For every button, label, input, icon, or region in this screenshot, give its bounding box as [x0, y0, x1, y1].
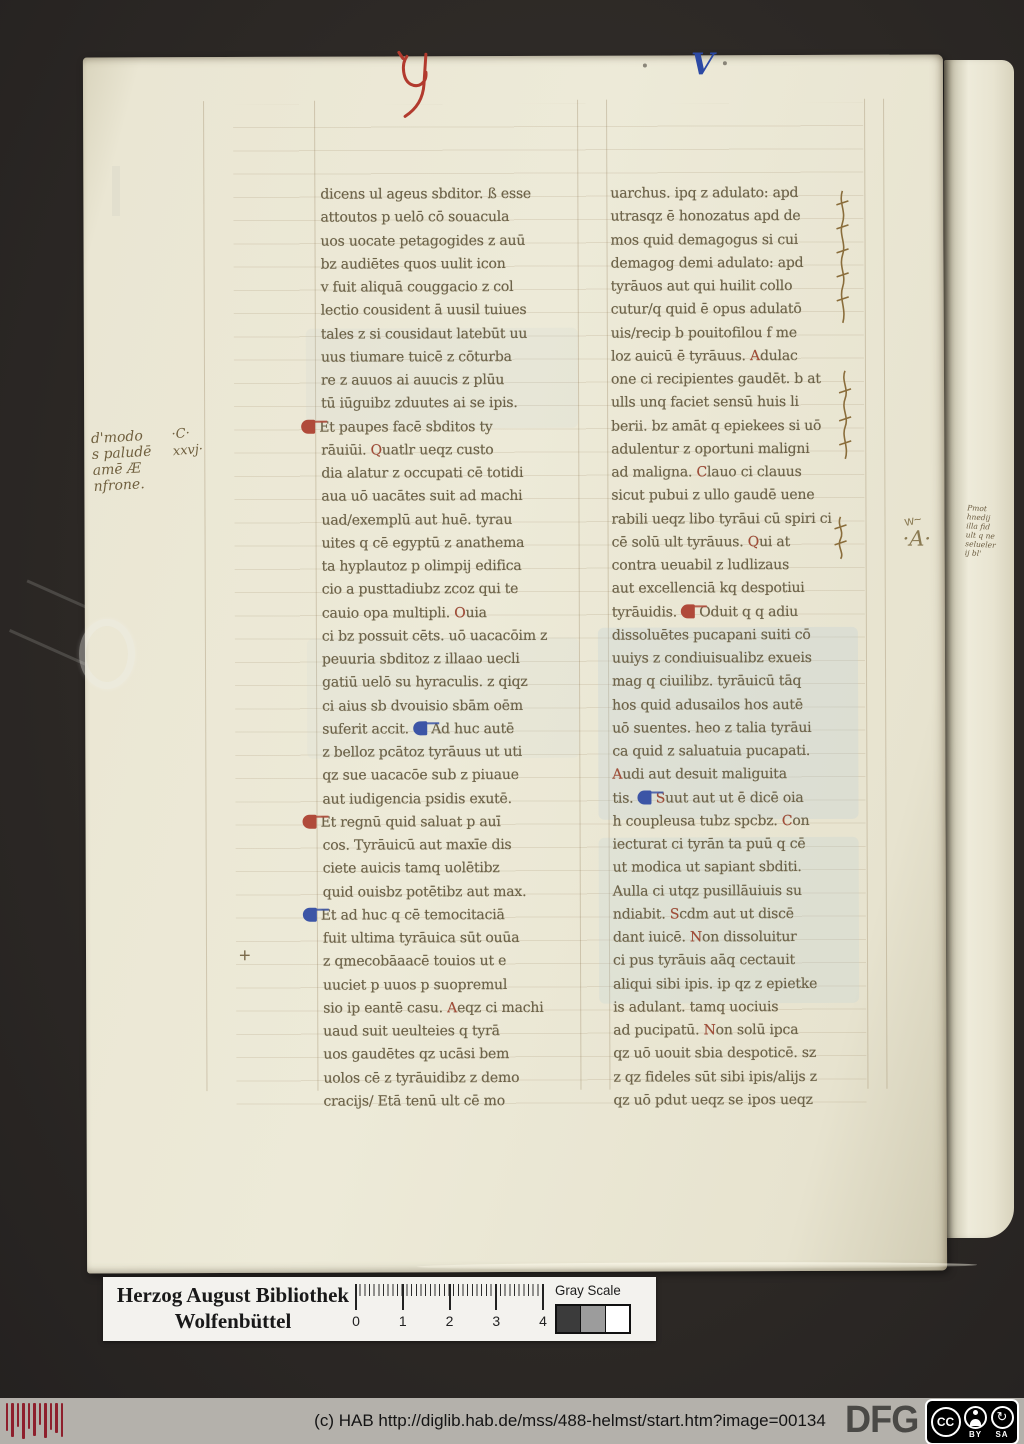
manuscript-line: ndiabit. Scdm aut ut discē — [613, 902, 875, 926]
manuscript-line: suferit accit. Ad huc autē — [322, 718, 584, 742]
pilcrow-blue — [638, 790, 652, 804]
manuscript-text: adulentur z oportuni maligni — [611, 441, 809, 458]
calibration-bar — [28, 1403, 30, 1429]
manuscript-line: dicens ul ageus sbditor. ß esse — [320, 183, 582, 207]
manuscript-text: qz uō uouit sbia despoticē. sz — [613, 1045, 816, 1062]
manuscript-text: ca quid z saluatuia pucapati. — [612, 743, 810, 760]
manuscript-line: ut modica ut sapiant sbditi. — [613, 856, 875, 880]
manuscript-line: ci bz possuit cēts. uō uacacōim z — [322, 625, 584, 649]
manuscript-line: Aulla ci utqz pusillāuiuis su — [613, 879, 875, 903]
dfg-logo: DFG — [845, 1399, 918, 1442]
manuscript-text: ui at — [759, 534, 790, 550]
ruler-tick — [495, 1284, 497, 1310]
manuscript-text: dia alatur z occupati cē totidi — [321, 465, 523, 482]
next-page-notes: Pmothnedijilla fidult q neseluelerij bl' — [965, 503, 998, 559]
manuscript-line: cauio opa multipli. Ouia — [322, 601, 584, 625]
calibration-bar — [33, 1403, 36, 1436]
manuscript-line: Et paupes facē sbditos ty — [321, 415, 583, 439]
manuscript-line: aliqui sibi ipis. ip qz z epietke — [613, 972, 875, 996]
manuscript-line: tyrāuidis. Oduit q q adiu — [612, 600, 874, 624]
manuscript-line: is adulant. tamq uociuis — [613, 995, 875, 1019]
manuscript-text: tales z si cousidaut latebūt uu — [321, 325, 527, 342]
manuscript-text: ad pucipatū. — [613, 1022, 703, 1038]
manuscript-text: Q — [748, 534, 759, 550]
manuscript-text: Q — [371, 442, 382, 458]
manuscript-text: C — [696, 464, 707, 480]
calibration-bar — [55, 1403, 58, 1433]
manuscript-text: z qmecobāaacē touios ut e — [323, 953, 506, 970]
manuscript-text: ciete auicis tamq uolētibz — [323, 860, 500, 877]
manuscript-line: iecturat ci tyrān ta puū q cē — [613, 833, 875, 857]
ruler-tick — [449, 1284, 451, 1310]
manuscript-text: is adulant. tamq uociuis — [613, 999, 778, 1016]
margin-cross-mark: + — [239, 945, 251, 968]
manuscript-line: attoutos p uelō cō souacula — [320, 206, 582, 230]
manuscript-line: tales z si cousidaut latebūt uu — [321, 322, 583, 346]
manuscript-text: rāuiūi. — [321, 442, 370, 458]
blue-initial-letter: V — [691, 47, 714, 82]
manuscript-text: on solū ipca — [716, 1022, 799, 1038]
manuscript-text: on — [792, 813, 809, 829]
manuscript-text: utrasqz ē honozatus apd de — [610, 208, 800, 225]
manuscript-text: uuciet p uuos p suopremul — [323, 977, 507, 994]
manuscript-line: uolos cē z tyrāuidibz z demo — [323, 1066, 585, 1090]
manuscript-line: ca quid z saluatuia pucapati. — [612, 740, 874, 764]
manuscript-text: tyrāuos aut qui huilit collo — [611, 278, 793, 295]
manuscript-text: uuiys z condiuisualibz exueis — [612, 650, 812, 667]
page-bottom-edge — [417, 1261, 977, 1270]
manuscript-text: qz uō pdut ueqz se ipos ueqz — [613, 1092, 812, 1109]
manuscript-text: N — [704, 1022, 716, 1038]
manuscript-text: loz auicū ē tyrāuus. — [611, 348, 750, 364]
manuscript-line: re z auuos ai auucis z plūu — [321, 369, 583, 393]
manuscript-text: dant iuicē. — [613, 929, 690, 945]
manuscript-text: uia — [466, 605, 487, 621]
ruling-vertical — [203, 101, 207, 1091]
color-calibration-mark — [6, 1403, 63, 1441]
manuscript-line: fuit ultima tyrāuica sūt ouūa — [323, 927, 585, 951]
calibration-bar — [17, 1403, 19, 1427]
manuscript-line: h coupleusa tubz spcbz. Con — [613, 809, 875, 833]
pilcrow-red — [301, 419, 315, 433]
cc-by-person-icon — [964, 1406, 987, 1429]
manuscript-text: C — [782, 813, 793, 829]
calibration-bar — [50, 1403, 52, 1430]
manuscript-text: ulls unq faciet sensū huis li — [611, 394, 799, 411]
manuscript-line: qz uō pdut ueqz se ipos ueqz — [613, 1088, 875, 1112]
manuscript-text: peuuria sbditoz z illaao uecli — [322, 651, 520, 668]
cc-by-item: BY — [964, 1406, 987, 1439]
ruler-number: 4 — [536, 1313, 550, 1329]
manuscript-line: aut excellenciā kq despotiui — [612, 577, 874, 601]
manuscript-text: aliqui sibi ipis. ip qz z epietke — [613, 975, 817, 992]
pilcrow-blue — [303, 907, 317, 921]
grayscale-swatch — [580, 1306, 604, 1332]
manuscript-text: ci pus tyrāuis aāq cectauit — [613, 952, 795, 969]
manuscript-line: dia alatur z occupati cē totidi — [321, 462, 583, 486]
calibration-bar — [39, 1403, 41, 1425]
manuscript-line: adulentur z oportuni maligni — [611, 437, 873, 461]
margin-note-line: nfrone. — [93, 476, 153, 495]
manuscript-text: v fuit aliquā couggacio z col — [321, 279, 514, 296]
manuscript-line: aua uō uacātes suit ad machi — [321, 485, 583, 509]
manuscript-line: sicut pubui z ullo gaudē uene — [611, 484, 873, 508]
manuscript-text: mag q ciuilibz. tyrāuicū tāq — [612, 673, 801, 690]
manuscript-line: uad/exemplū aut huē. tyrau — [321, 508, 583, 532]
manuscript-line: uuiys z condiuisualibz exueis — [612, 647, 874, 671]
manuscript-text: qz sue uacacōe sub z piuaue — [322, 767, 518, 784]
scan-background: Pmothnedijilla fidult q neseluelerij bl'… — [0, 0, 1024, 1444]
manuscript-text: Aulla ci utqz pusillāuiuis su — [613, 883, 802, 900]
manuscript-line: cio a pusttadiubz zcoz qui te — [322, 578, 584, 602]
manuscript-text: quid ouisbz potētibz aut max. — [323, 883, 527, 900]
manuscript-text: ci bz possuit cēts. uō uacacōim z — [322, 628, 547, 645]
manuscript-line: rāuiūi. Quatlr ueqz custo — [321, 439, 583, 463]
grayscale-swatch — [605, 1306, 629, 1332]
manuscript-text: lectio cousident ā uusil tuiues — [321, 302, 527, 319]
grayscale-swatches — [555, 1304, 631, 1334]
margin-correction-mark — [833, 189, 851, 325]
manuscript-text: ta hyplautoz p olimpij edifica — [322, 558, 522, 575]
clip-strap — [27, 579, 94, 611]
pilcrow-red — [681, 604, 695, 618]
manuscript-line: Audi aut desuit maliguita — [612, 763, 874, 787]
manuscript-text: z belloz pcātoz tyrāuus ut uti — [322, 744, 522, 761]
grayscale-swatch — [557, 1306, 580, 1332]
manuscript-text: ci aius sb dvouisio sbām oēm — [322, 697, 523, 714]
manuscript-text: gatiū uelō su hyraculis. z qiqz — [322, 674, 528, 691]
manuscript-text: aua uō uacātes suit ad machi — [321, 488, 522, 505]
cc-sa-label: SA — [995, 1430, 1008, 1439]
manuscript-line: mag q ciuilibz. tyrāuicū tāq — [612, 670, 874, 694]
manuscript-text: z qz fideles sūt sibi ipis/alijs z — [613, 1068, 816, 1085]
manuscript-line: dissoluētes pucapani suiti cō — [612, 623, 874, 647]
manuscript-text: cos. Tyrāuicū aut maxīe dis — [323, 837, 512, 854]
manuscript-text: iecturat ci tyrān ta puū q cē — [613, 836, 806, 853]
manuscript-text: Ad huc autē — [431, 721, 514, 737]
manuscript-line: sio ip eantē casu. Aeqz ci machi — [323, 997, 585, 1021]
manuscript-text: cē solū ult tyrāuus. — [612, 534, 748, 550]
manuscript-line: dant iuicē. Non dissoluitur — [613, 926, 875, 950]
manuscript-text: S — [670, 906, 679, 922]
manuscript-text: uos gaudētes qz ucāsi bem — [323, 1046, 509, 1063]
pilcrow-red — [303, 814, 317, 828]
manuscript-page: V dicens ul ageus sbditor. ß esseattouto… — [83, 55, 947, 1274]
manuscript-text: one ci recipientes gaudēt. b at — [611, 371, 821, 388]
manuscript-text: fuit ultima tyrāuica sūt ouūa — [323, 930, 519, 947]
manuscript-line: z qz fideles sūt sibi ipis/alijs z — [613, 1065, 875, 1089]
manuscript-text: berii. bz amāt q epiekees si uō — [611, 417, 821, 434]
library-label: Herzog August Bibliothek Wolfenbüttel 01… — [103, 1277, 656, 1341]
manuscript-line: gatiū uelō su hyraculis. z qiqz — [322, 671, 584, 695]
manuscript-line: cracijs/ Etā tenū ult cē mo — [323, 1090, 585, 1114]
manuscript-line: uuciet p uuos p suopremul — [323, 973, 585, 997]
manuscript-text: uad/exemplū aut huē. tyrau — [321, 512, 512, 529]
manuscript-line: tū iūguibz zduutes ai se ipis. — [321, 392, 583, 416]
manuscript-text: demagog demi adulato: apd — [611, 255, 804, 272]
cc-sa-item: ↻ SA — [991, 1406, 1014, 1439]
manuscript-text: lauo ci clauus — [707, 464, 802, 480]
manuscript-line: ad maligna. Clauo ci clauus — [611, 461, 873, 485]
manuscript-line: uos gaudētes qz ucāsi bem — [323, 1043, 585, 1067]
page-edge-tab — [112, 166, 120, 216]
manuscript-text: aut excellenciā kq despotiui — [612, 580, 805, 597]
manuscript-line: ci aius sb dvouisio sbām oēm — [322, 694, 584, 718]
manuscript-text: cauio opa multipli. — [322, 605, 455, 621]
manuscript-text: dulac — [760, 348, 798, 364]
copyright-bar: (c) HAB http://diglib.hab.de/mss/488-hel… — [0, 1398, 1024, 1444]
calibration-bar — [61, 1403, 63, 1437]
manuscript-line: Et regnū quid saluat p auī — [323, 811, 585, 835]
manuscript-text: cracijs/ Etā tenū ult cē mo — [323, 1093, 504, 1110]
calibration-bar — [22, 1403, 25, 1439]
manuscript-text: N — [690, 929, 702, 945]
cc-sa-arrow-icon: ↻ — [991, 1406, 1014, 1429]
manuscript-line: z belloz pcātoz tyrāuus ut uti — [322, 741, 584, 765]
ruler: 01234 — [355, 1284, 555, 1336]
manuscript-line: Et ad huc q cē temocitaciā — [323, 904, 585, 928]
next-page-note-line: ij bl' — [965, 548, 996, 559]
institution-name: Herzog August Bibliothek Wolfenbüttel — [113, 1282, 353, 1334]
manuscript-line: ciete auicis tamq uolētibz — [323, 857, 585, 881]
manuscript-text: Et ad huc q cē temocitaciā — [321, 907, 505, 924]
manuscript-line: ci pus tyrāuis aāq cectauit — [613, 949, 875, 973]
manuscript-text: contra ueuabil z ludlizaus — [612, 557, 789, 574]
manuscript-line: uites q cē egyptū z anathema — [322, 532, 584, 556]
left-column: dicens ul ageus sbditor. ß esseattoutos … — [320, 183, 585, 1114]
manuscript-text: Oduit q q adiu — [699, 604, 798, 620]
manuscript-line: berii. bz amāt q epiekees si uō — [611, 414, 873, 438]
manuscript-line: cos. Tyrāuicū aut maxīe dis — [323, 834, 585, 858]
manuscript-line: hos quid adusailos hos autē — [612, 693, 874, 717]
manuscript-text: h coupleusa tubz spcbz. — [613, 813, 782, 830]
manuscript-line: quid ouisbz potētibz aut max. — [323, 880, 585, 904]
ruler-number: 0 — [349, 1313, 363, 1329]
margin-correction-mark — [836, 369, 854, 461]
grayscale-label: Gray Scale — [555, 1282, 645, 1298]
manuscript-text: on dissoluitur — [702, 929, 797, 945]
left-margin-note: d'modos paludēamē Ænfrone. — [91, 428, 154, 495]
red-initial-ornament — [393, 50, 445, 120]
manuscript-line: uos uocate petagogides z auū — [320, 229, 582, 253]
ink-bleed-dot — [723, 61, 727, 65]
manuscript-text: uō suentes. heo z talia tyrāui — [612, 720, 811, 737]
manuscript-text: tyrāuidis. — [612, 604, 681, 620]
institution-line2: Wolfenbüttel — [113, 1308, 353, 1334]
clip-strap — [9, 629, 87, 666]
calibration-bar — [11, 1403, 14, 1437]
manuscript-text: attoutos p uelō cō souacula — [320, 209, 509, 226]
copyright-text: (c) HAB http://diglib.hab.de/mss/488-hel… — [300, 1398, 840, 1444]
manuscript-text: A — [750, 348, 760, 364]
manuscript-text: uaud suit ueulteies q tyrā — [323, 1023, 500, 1040]
manuscript-text: rabili ueqz libo tyrāui cū spiri ci — [611, 510, 831, 527]
manuscript-line: lectio cousident ā uusil tuiues — [321, 299, 583, 323]
manuscript-line: qz sue uacacōe sub z piuaue — [322, 764, 584, 788]
manuscript-text: Et paupes facē sbditos ty — [319, 419, 492, 436]
manuscript-line: ad pucipatū. Non solū ipca — [613, 1019, 875, 1043]
manuscript-text: cutur/q quid ē opus adulatō — [611, 301, 802, 318]
page-holder-clip — [79, 619, 135, 689]
manuscript-text: dissoluētes pucapani suiti cō — [612, 627, 811, 644]
manuscript-text: cio a pusttadiubz zcoz qui te — [322, 581, 519, 598]
manuscript-text: suferit accit. — [322, 721, 413, 737]
manuscript-text: bz audiētes quos uulit icon — [321, 256, 506, 273]
ruler-number: 1 — [396, 1313, 410, 1329]
manuscript-text: uarchus. ipq z adulato: apd — [610, 185, 798, 202]
manuscript-text: uolos cē z tyrāuidibz z demo — [323, 1069, 519, 1086]
cc-icon: CC — [931, 1407, 961, 1437]
ink-bleed-dot — [643, 64, 647, 68]
manuscript-text: A — [447, 1000, 457, 1016]
ruler-tick — [402, 1284, 404, 1310]
manuscript-text: ad maligna. — [611, 464, 696, 480]
ruler-tick — [542, 1284, 544, 1310]
manuscript-text: eqz ci machi — [457, 1000, 543, 1016]
margin-ref-line: xxvj· — [172, 441, 203, 460]
manuscript-text: uis/recip b pouitofilou f me — [611, 325, 797, 342]
manuscript-line: v fuit aliquā couggacio z col — [321, 276, 583, 300]
margin-correction-mark — [832, 515, 848, 561]
manuscript-text: sio ip eantē casu. — [323, 1000, 447, 1016]
manuscript-text: uut aut ut ē dicē oia — [665, 789, 804, 805]
cc-license-badge: CC BY ↻ SA — [925, 1399, 1019, 1444]
manuscript-text: A — [612, 767, 622, 783]
manuscript-text: uites q cē egyptū z anathema — [322, 535, 525, 552]
manuscript-line: loz auicū ē tyrāuus. Adulac — [611, 344, 873, 368]
manuscript-text: tis. — [612, 790, 637, 806]
manuscript-text: uatlr ueqz custo — [382, 442, 494, 458]
manuscript-line: z qmecobāaacē touios ut e — [323, 950, 585, 974]
manuscript-text: dicens ul ageus sbditor. ß esse — [320, 186, 531, 203]
manuscript-text: re z auuos ai auucis z plūu — [321, 372, 504, 389]
manuscript-text: ndiabit. — [613, 906, 670, 922]
calibration-bar — [44, 1403, 47, 1438]
manuscript-text: ut modica ut sapiant sbditi. — [613, 859, 802, 876]
manuscript-line: qz uō uouit sbia despoticē. sz — [613, 1042, 875, 1066]
grayscale-block: Gray Scale — [555, 1282, 650, 1338]
manuscript-line: tis. Suut aut ut ē dicē oia — [612, 786, 874, 810]
manuscript-text: cdm aut ut discē — [679, 906, 794, 922]
manuscript-line: peuuria sbditoz z illaao uecli — [322, 648, 584, 672]
ruler-number: 3 — [489, 1313, 503, 1329]
calibration-bar — [6, 1403, 8, 1431]
manuscript-text: hos quid adusailos hos autē — [612, 696, 803, 713]
institution-line1: Herzog August Bibliothek — [113, 1282, 353, 1308]
left-margin-refs: ·C·xxvj· — [171, 424, 204, 460]
manuscript-text: sicut pubui z ullo gaudē uene — [611, 487, 814, 504]
manuscript-text: mos quid demagogus si cui — [610, 232, 798, 249]
manuscript-text: Et regnū quid saluat p auī — [321, 814, 501, 831]
manuscript-line: uus tiumare tuicē z cōturba — [321, 346, 583, 370]
manuscript-line: ulls unq faciet sensū huis li — [611, 391, 873, 415]
manuscript-line: aut iudigencia psidis exutē. — [322, 787, 584, 811]
margin-note-line: s paludē — [91, 444, 151, 463]
manuscript-line: ta hyplautoz p olimpij edifica — [322, 555, 584, 579]
ruling-vertical — [883, 99, 887, 1089]
adjacent-page-edge: Pmothnedijilla fidult q neseluelerij bl' — [944, 60, 1014, 1238]
ruler-tick — [355, 1284, 357, 1310]
manuscript-text: O — [454, 605, 465, 621]
right-margin-monogram: ·A· — [903, 527, 932, 551]
manuscript-line: bz audiētes quos uulit icon — [321, 253, 583, 277]
manuscript-text: aut iudigencia psidis exutē. — [322, 791, 511, 808]
manuscript-line: uaud suit ueulteies q tyrā — [323, 1020, 585, 1044]
ruler-number: 2 — [443, 1313, 457, 1329]
manuscript-text: uos uocate petagogides z auū — [320, 232, 525, 249]
manuscript-text: udi aut desuit maliguita — [622, 766, 787, 783]
manuscript-text: tū iūguibz zduutes ai se ipis. — [321, 395, 518, 412]
manuscript-text: uus tiumare tuicē z cōturba — [321, 349, 512, 366]
pilcrow-blue — [413, 721, 427, 735]
manuscript-line: uō suentes. heo z talia tyrāui — [612, 716, 874, 740]
cc-by-label: BY — [969, 1430, 982, 1439]
manuscript-line: one ci recipientes gaudēt. b at — [611, 368, 873, 392]
